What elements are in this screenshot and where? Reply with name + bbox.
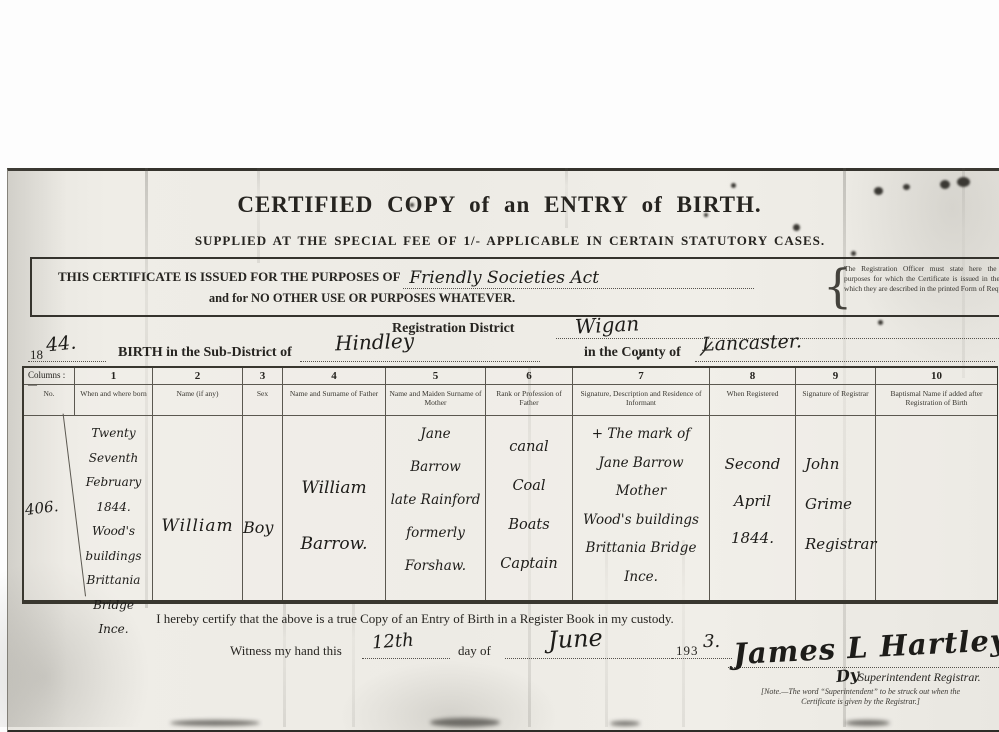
ink-spot bbox=[851, 251, 856, 256]
certificate-title: CERTIFIED COPY of an ENTRY of BIRTH. bbox=[0, 192, 999, 218]
registrar-footnote: [Note.—The word “Superintendent” to be s… bbox=[722, 687, 999, 708]
entry-line: + The mark of bbox=[573, 420, 709, 449]
footnote-line: Certificate is given by the Registrar.] bbox=[722, 697, 999, 707]
entry-line: Jane bbox=[386, 418, 485, 451]
signature-prefix-handwritten: Dy bbox=[835, 665, 860, 686]
entry-line: Registrar bbox=[805, 524, 875, 564]
entry-line: William bbox=[283, 460, 385, 516]
entry-rank-profession: canal Coal Boats Captain bbox=[486, 416, 573, 600]
purpose-value-handwritten: Friendly Societies Act bbox=[403, 268, 754, 289]
witness-day-handwritten: 12th bbox=[371, 630, 414, 654]
witness-mid: day of bbox=[458, 643, 491, 659]
witness-prefix: Witness my hand this bbox=[230, 643, 342, 659]
certificate-subtitle: SUPPLIED AT THE SPECIAL FEE OF 1/- APPLI… bbox=[60, 233, 960, 249]
edge-smudge bbox=[845, 720, 890, 726]
entry-when-where-born: Twenty Seventh February 1844. Wood's bui… bbox=[75, 416, 153, 600]
column-number: 1 bbox=[75, 368, 153, 385]
entry-line: Barrow. bbox=[283, 516, 385, 572]
witness-year-dotline bbox=[672, 658, 732, 659]
entry-line: 1844. bbox=[710, 520, 795, 557]
edge-smudge bbox=[430, 718, 500, 727]
entry-line: 1844. bbox=[75, 495, 152, 520]
entry-line: February bbox=[75, 470, 152, 495]
column-header: When and where born bbox=[75, 385, 153, 416]
witness-day-dotline bbox=[362, 658, 450, 659]
entry-line: April bbox=[710, 483, 795, 520]
footnote-line: [Note.—The word “Superintendent” to be s… bbox=[722, 687, 999, 697]
entry-line: Ince. bbox=[573, 563, 709, 592]
entry-mother: Jane Barrow late Rainford formerly Forsh… bbox=[386, 416, 486, 600]
entry-line: Wood's buildings bbox=[573, 506, 709, 535]
edge-smudge bbox=[610, 721, 640, 726]
purpose-box: THIS CERTIFICATE IS ISSUED FOR THE PURPO… bbox=[30, 257, 999, 317]
column-number: 3 bbox=[243, 368, 283, 385]
entry-line: canal bbox=[486, 428, 572, 467]
officer-note: The Registration Officer must state here… bbox=[844, 264, 999, 293]
witness-year-handwritten: 3. bbox=[703, 631, 720, 652]
column-header: Name and Surname of Father bbox=[283, 385, 386, 416]
column-number: 2 bbox=[153, 368, 243, 385]
entry-line: Wood's buildings bbox=[75, 519, 152, 568]
column-number: 10 bbox=[876, 368, 997, 385]
column-header: Signature of Registrar bbox=[796, 385, 876, 416]
year-handwritten: 44. bbox=[45, 331, 77, 356]
entry-line: Captain bbox=[486, 545, 572, 584]
entry-line: Brittania bbox=[75, 568, 152, 593]
entry-registrar-signature: John Grime Registrar bbox=[796, 416, 876, 600]
entry-sex: Boy bbox=[243, 416, 283, 600]
pen-mark: ✓ bbox=[632, 345, 648, 366]
year-dotline bbox=[28, 361, 106, 362]
district-value-handwritten: Wigan bbox=[574, 311, 639, 338]
entry-informant: + The mark of Jane Barrow Mother Wood's … bbox=[573, 416, 710, 600]
column-header: When Registered bbox=[710, 385, 796, 416]
edge-smudge bbox=[170, 720, 260, 726]
entry-line: Twenty Seventh bbox=[75, 421, 152, 470]
scanned-birth-certificate: CERTIFIED COPY of an ENTRY of BIRTH. SUP… bbox=[0, 0, 999, 732]
entry-line: Grime bbox=[805, 484, 875, 524]
column-number: 6 bbox=[486, 368, 573, 385]
entry-line: formerly bbox=[386, 517, 485, 550]
subdistrict-value-handwritten: Hindley bbox=[335, 329, 415, 356]
column-header: Baptismal Name if added after Registrati… bbox=[876, 385, 997, 416]
entry-line: Mother bbox=[573, 477, 709, 506]
county-value-handwritten: Lancaster. bbox=[702, 330, 803, 355]
column-header: Name and Maiden Surname of Mother bbox=[386, 385, 486, 416]
entry-when-registered: Second April 1844. bbox=[710, 416, 796, 600]
entry-line: Coal bbox=[486, 467, 572, 506]
entry-name: William bbox=[153, 416, 243, 600]
column-number: 4 bbox=[283, 368, 386, 385]
entry-line: Jane Barrow bbox=[573, 449, 709, 478]
ink-spot bbox=[957, 177, 970, 187]
entry-line: Boats bbox=[486, 506, 572, 545]
witness-month-handwritten: June bbox=[547, 624, 603, 655]
entry-line: John bbox=[805, 444, 875, 484]
column-header: Sex bbox=[243, 385, 283, 416]
entry-line: late Rainford bbox=[386, 484, 485, 517]
column-header: Rank or Profession of Father bbox=[486, 385, 573, 416]
witness-year-printed: 193 bbox=[676, 643, 699, 659]
column-number: 5 bbox=[386, 368, 486, 385]
entry-line: Second bbox=[710, 446, 795, 483]
columns-label-cell: Columns :— bbox=[24, 368, 75, 385]
column-number: 7 bbox=[573, 368, 710, 385]
county-dotline bbox=[695, 361, 995, 362]
subdistrict-dotline bbox=[300, 361, 540, 362]
signature-title: Superintendent Registrar. bbox=[858, 670, 981, 685]
ink-spot bbox=[731, 183, 736, 188]
register-table: Columns :— 1 2 3 4 5 6 7 8 9 10 No. When… bbox=[22, 366, 998, 604]
purpose-second-line: and for NO OTHER USE OR PURPOSES WHATEVE… bbox=[92, 291, 632, 306]
column-header-no: No. bbox=[24, 385, 75, 416]
column-header: Signature, Description and Residence of … bbox=[573, 385, 710, 416]
ink-spot bbox=[878, 320, 883, 325]
entry-baptismal-name bbox=[876, 416, 997, 600]
purpose-label-text: THIS CERTIFICATE IS ISSUED FOR THE PURPO… bbox=[58, 269, 400, 284]
ink-spot bbox=[793, 224, 800, 231]
entry-line: Brittania Bridge bbox=[573, 534, 709, 563]
column-header: Name (if any) bbox=[153, 385, 243, 416]
ink-spot bbox=[903, 184, 910, 190]
certify-statement: I hereby certify that the above is a tru… bbox=[60, 611, 770, 627]
column-number: 9 bbox=[796, 368, 876, 385]
entry-line: Forshaw. bbox=[386, 550, 485, 583]
entry-line: Barrow bbox=[386, 451, 485, 484]
subdistrict-label: BIRTH in the Sub-District of bbox=[118, 345, 292, 361]
ink-spot bbox=[940, 180, 950, 189]
purpose-label: THIS CERTIFICATE IS ISSUED FOR THE PURPO… bbox=[58, 266, 754, 287]
entry-father: William Barrow. bbox=[283, 416, 386, 600]
column-number: 8 bbox=[710, 368, 796, 385]
